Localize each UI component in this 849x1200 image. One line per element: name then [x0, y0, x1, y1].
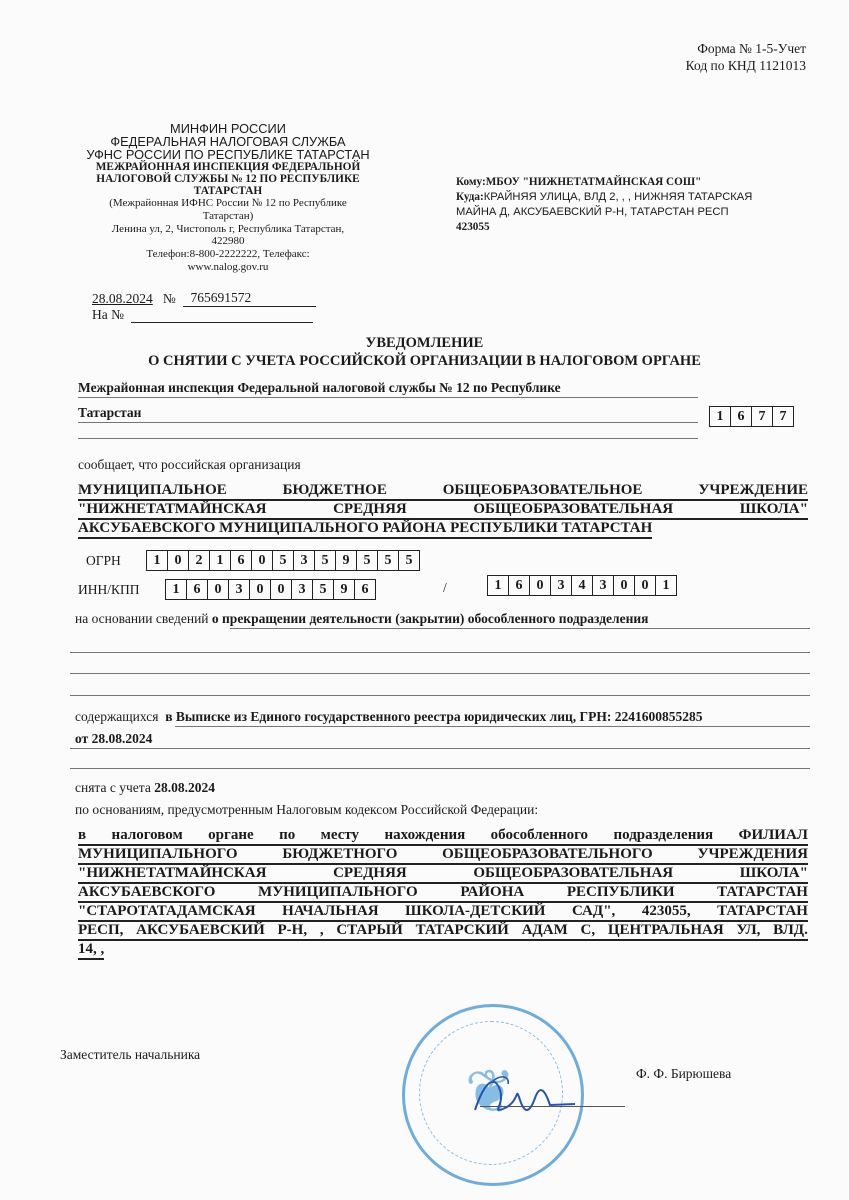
word: УЧРЕЖДЕНИЕ [698, 482, 808, 499]
ogrn-digit: 6 [231, 551, 252, 570]
word: БЮДЖЕТНОЕ [283, 482, 387, 499]
source-date: от 28.08.2024 [75, 731, 152, 747]
org-name-line-3: АКСУБАЕВСКОГО МУНИЦИПАЛЬНОГО РАЙОНА РЕСП… [78, 520, 652, 539]
word: налоговом [112, 827, 183, 844]
sender-block: МИНФИН РОССИИ ФЕДЕРАЛЬНАЯ НАЛОГОВАЯ СЛУЖ… [68, 122, 388, 274]
word: Р-Н, [278, 922, 308, 939]
detail-line-6: РЕСП, АКСУБАЕВСКИЙ Р-Н, , СТАРЫЙ ТАТАРСК… [78, 922, 808, 941]
basis-label: на основании сведений [75, 611, 209, 626]
address-line-1: КРАЙНЯЯ УЛИЦА, ВЛД 2, , , НИЖНЯЯ ТАТАРСК… [484, 191, 753, 203]
ogrn-digit: 1 [147, 551, 168, 570]
grounds-text: по основаниям, предусмотренным Налоговым… [75, 802, 538, 818]
detail-line-4: АКСУБАЕВСКОГО МУНИЦИПАЛЬНОГО РАЙОНА РЕСП… [78, 884, 808, 903]
divider [70, 695, 810, 696]
detail-line-3: "НИЖНЕТАТМАЙНСКАЯ СРЕДНЯЯ ОБЩЕОБРАЗОВАТЕ… [78, 865, 808, 884]
date-number-block: 28.08.2024 № 765691572 На № [92, 290, 316, 323]
word: НАЧАЛЬНАЯ [282, 903, 379, 920]
inn-kpp-separator: / [443, 580, 447, 596]
source-value: в Выписке из Единого государственного ре… [165, 709, 702, 724]
word: ТАТАРСТАН [717, 903, 808, 920]
source-label: содержащихся [75, 709, 158, 724]
deregistration-label: снята с учета [75, 780, 151, 795]
sender-inspection-3: ТАТАРСТАН [68, 185, 388, 197]
kpp-digit: 6 [509, 576, 530, 595]
ogrn-label: ОГРН [86, 553, 121, 569]
word: ШКОЛА" [740, 865, 808, 882]
word: АКСУБАЕВСКИЙ [136, 922, 265, 939]
divider [70, 768, 810, 769]
ogrn-digit: 2 [189, 551, 210, 570]
inn-digit: 0 [271, 580, 292, 599]
postcode: 423055 [456, 221, 490, 233]
word: РЕСП, [78, 922, 123, 939]
kpp-digit: 3 [593, 576, 614, 595]
address-line-2: МАЙНА Д, АКСУБАЕВСКИЙ Р-Н, ТАТАРСТАН РЕС… [456, 205, 816, 220]
word: , [320, 922, 324, 939]
authority-line-2: Татарстан [78, 405, 141, 421]
reply-label: На № [92, 307, 124, 322]
kpp-digit: 0 [635, 576, 656, 595]
detail-line-1: в налоговом органе по месту нахождения о… [78, 827, 808, 846]
doc-number: 765691572 [183, 290, 316, 307]
ogrn-digit: 0 [168, 551, 189, 570]
deregistration-date: 28.08.2024 [154, 780, 215, 795]
divider [78, 397, 698, 398]
org-name-line-1: МУНИЦИПАЛЬНОЕ БЮДЖЕТНОЕ ОБЩЕОБРАЗОВАТЕЛЬ… [78, 482, 808, 501]
doc-date: 28.08.2024 [92, 291, 153, 306]
word: ШКОЛА-ДЕТСКИЙ [405, 903, 545, 920]
kpp-digit: 1 [656, 576, 676, 595]
word: "НИЖНЕТАТМАЙНСКАЯ [78, 501, 266, 518]
word: УЛ, [736, 922, 760, 939]
word: ВЛД. [773, 922, 808, 939]
inn-kpp-label: ИНН/КПП [78, 582, 140, 598]
authority-line-1: Межрайонная инспекция Федеральной налого… [78, 380, 561, 396]
word: СТАРЫЙ [336, 922, 402, 939]
word: ОБЩЕОБРАЗОВАТЕЛЬНОЕ [443, 482, 643, 499]
sender-address-2: 422980 [68, 235, 388, 248]
word: ТАТАРСКИЙ [416, 922, 509, 939]
ogrn-boxes: 1 0 2 1 6 0 5 3 5 9 5 5 5 [146, 550, 420, 571]
sender-phone: Телефон:8-800-2222222, Телефакс: [68, 248, 388, 261]
code-digit: 7 [752, 407, 773, 426]
kpp-digit: 0 [530, 576, 551, 595]
kpp-digit: 3 [551, 576, 572, 595]
kpp-digit: 0 [614, 576, 635, 595]
handwritten-signature [470, 1070, 580, 1129]
sender-short-name-2: Татарстан) [68, 210, 388, 223]
sender-address-1: Ленина ул, 2, Чистополь г, Республика Та… [68, 223, 388, 236]
word: ЦЕНТРАЛЬНАЯ [608, 922, 724, 939]
word: РАЙОНА [460, 884, 524, 901]
where-label: Куда: [456, 191, 484, 203]
inn-digit: 3 [229, 580, 250, 599]
ogrn-digit: 5 [315, 551, 336, 570]
word: подразделения [614, 827, 714, 844]
inn-digit: 9 [334, 580, 355, 599]
sender-inspection-2: НАЛОГОВОЙ СЛУЖБЫ № 12 ПО РЕСПУБЛИКЕ [68, 173, 388, 185]
divider [70, 748, 810, 749]
basis-value: о прекращении деятельности (закрытии) об… [212, 611, 649, 626]
form-code-block: Форма № 1-5-Учет Код по КНД 1121013 [686, 40, 806, 74]
document-title: УВЕДОМЛЕНИЕ О СНЯТИИ С УЧЕТА РОССИЙСКОЙ … [0, 334, 849, 370]
signatory-position: Заместитель начальника [60, 1047, 200, 1063]
source-row: содержащихся в Выписке из Единого госуда… [75, 709, 702, 725]
divider [78, 422, 698, 423]
inn-digit: 0 [208, 580, 229, 599]
word: ОБЩЕОБРАЗОВАТЕЛЬНАЯ [473, 501, 673, 518]
form-number: Форма № 1-5-Учет [686, 40, 806, 57]
sender-short-name-1: (Межрайонная ИФНС России № 12 по Республ… [68, 197, 388, 210]
divider [70, 673, 810, 674]
inn-digit: 5 [313, 580, 334, 599]
word: "НИЖНЕТАТМАЙНСКАЯ [78, 865, 266, 882]
word: ТАТАРСТАН [717, 884, 808, 901]
title-line-1: УВЕДОМЛЕНИЕ [0, 334, 849, 352]
ogrn-digit: 5 [399, 551, 419, 570]
word: 423055, [642, 903, 691, 920]
word: ФИЛИАЛ [739, 827, 808, 844]
divider [78, 438, 698, 439]
word: ОБЩЕОБРАЗОВАТЕЛЬНАЯ [473, 865, 673, 882]
code-digit: 7 [773, 407, 793, 426]
title-line-2: О СНЯТИИ С УЧЕТА РОССИЙСКОЙ ОРГАНИЗАЦИИ … [0, 352, 849, 370]
word: ШКОЛА" [740, 501, 808, 518]
signatory-name: Ф. Ф. Бирюшева [636, 1066, 731, 1082]
divider [230, 628, 810, 629]
sender-ufns: УФНС РОССИИ ПО РЕСПУБЛИКЕ ТАТАРСТАН [68, 148, 388, 161]
ogrn-digit: 1 [210, 551, 231, 570]
word: АКСУБАЕВСКОГО [78, 884, 215, 901]
detail-line-7: 14, , [78, 941, 104, 960]
code-digit: 1 [710, 407, 731, 426]
reply-number-field [131, 308, 313, 323]
word: УЧРЕЖДЕНИЯ [697, 846, 808, 863]
word: САД", [572, 903, 615, 920]
inn-digit: 6 [187, 580, 208, 599]
word: МУНИЦИПАЛЬНОЕ [78, 482, 227, 499]
basis-row: на основании сведений о прекращении деят… [75, 611, 648, 627]
word: СРЕДНЯЯ [333, 865, 407, 882]
word: в [78, 827, 86, 844]
ogrn-digit: 5 [273, 551, 294, 570]
sender-inspection-1: МЕЖРАЙОННАЯ ИНСПЕКЦИЯ ФЕДЕРАЛЬНОЙ [68, 161, 388, 173]
inn-digit: 0 [250, 580, 271, 599]
ogrn-digit: 3 [294, 551, 315, 570]
detail-line-2: МУНИЦИПАЛЬНОГО БЮДЖЕТНОГО ОБЩЕОБРАЗОВАТЕ… [78, 846, 808, 865]
inn-boxes: 1 6 0 3 0 0 3 5 9 6 [165, 579, 376, 600]
kpp-digit: 4 [572, 576, 593, 595]
organization-intro: сообщает, что российская организация [78, 457, 301, 473]
deregistration-row: снята с учета 28.08.2024 [75, 780, 215, 796]
word: БЮДЖЕТНОГО [282, 846, 397, 863]
word: АДАМ [522, 922, 568, 939]
word: по [279, 827, 295, 844]
to-value: МБОУ "НИЖНЕТАТМАЙНСКАЯ СОШ" [486, 176, 702, 188]
word: обособленного [491, 827, 588, 844]
number-label: № [163, 291, 176, 306]
detail-line-5: "СТАРОТАТАДАМСКАЯ НАЧАЛЬНАЯ ШКОЛА-ДЕТСКИ… [78, 903, 808, 922]
divider [175, 726, 810, 727]
signature-scribble-icon [470, 1070, 580, 1120]
ogrn-digit: 5 [357, 551, 378, 570]
word: МУНИЦИПАЛЬНОГО [258, 884, 418, 901]
to-label: Кому: [456, 176, 486, 188]
inn-digit: 3 [292, 580, 313, 599]
recipient-block: Кому:МБОУ "НИЖНЕТАТМАЙНСКАЯ СОШ" Куда:КР… [456, 175, 816, 235]
ogrn-digit: 9 [336, 551, 357, 570]
word: органе [208, 827, 253, 844]
knd-code: Код по КНД 1121013 [686, 57, 806, 74]
word: ОБЩЕОБРАЗОВАТЕЛЬНОГО [442, 846, 653, 863]
org-name-line-2: "НИЖНЕТАТМАЙНСКАЯ СРЕДНЯЯ ОБЩЕОБРАЗОВАТЕ… [78, 501, 808, 520]
word: месту [321, 827, 359, 844]
authority-code-boxes: 1 6 7 7 [709, 406, 794, 427]
word: нахождения [385, 827, 466, 844]
divider [70, 652, 810, 653]
word: "СТАРОТАТАДАМСКАЯ [78, 903, 256, 920]
kpp-boxes: 1 6 0 3 4 3 0 0 1 [487, 575, 677, 596]
inn-digit: 1 [166, 580, 187, 599]
inn-digit: 6 [355, 580, 375, 599]
word: С, [581, 922, 596, 939]
ogrn-digit: 5 [378, 551, 399, 570]
sender-website: www.nalog.gov.ru [68, 261, 388, 274]
word: МУНИЦИПАЛЬНОГО [78, 846, 238, 863]
kpp-digit: 1 [488, 576, 509, 595]
ogrn-digit: 0 [252, 551, 273, 570]
word: РЕСПУБЛИКИ [567, 884, 675, 901]
word: СРЕДНЯЯ [333, 501, 407, 518]
code-digit: 6 [731, 407, 752, 426]
